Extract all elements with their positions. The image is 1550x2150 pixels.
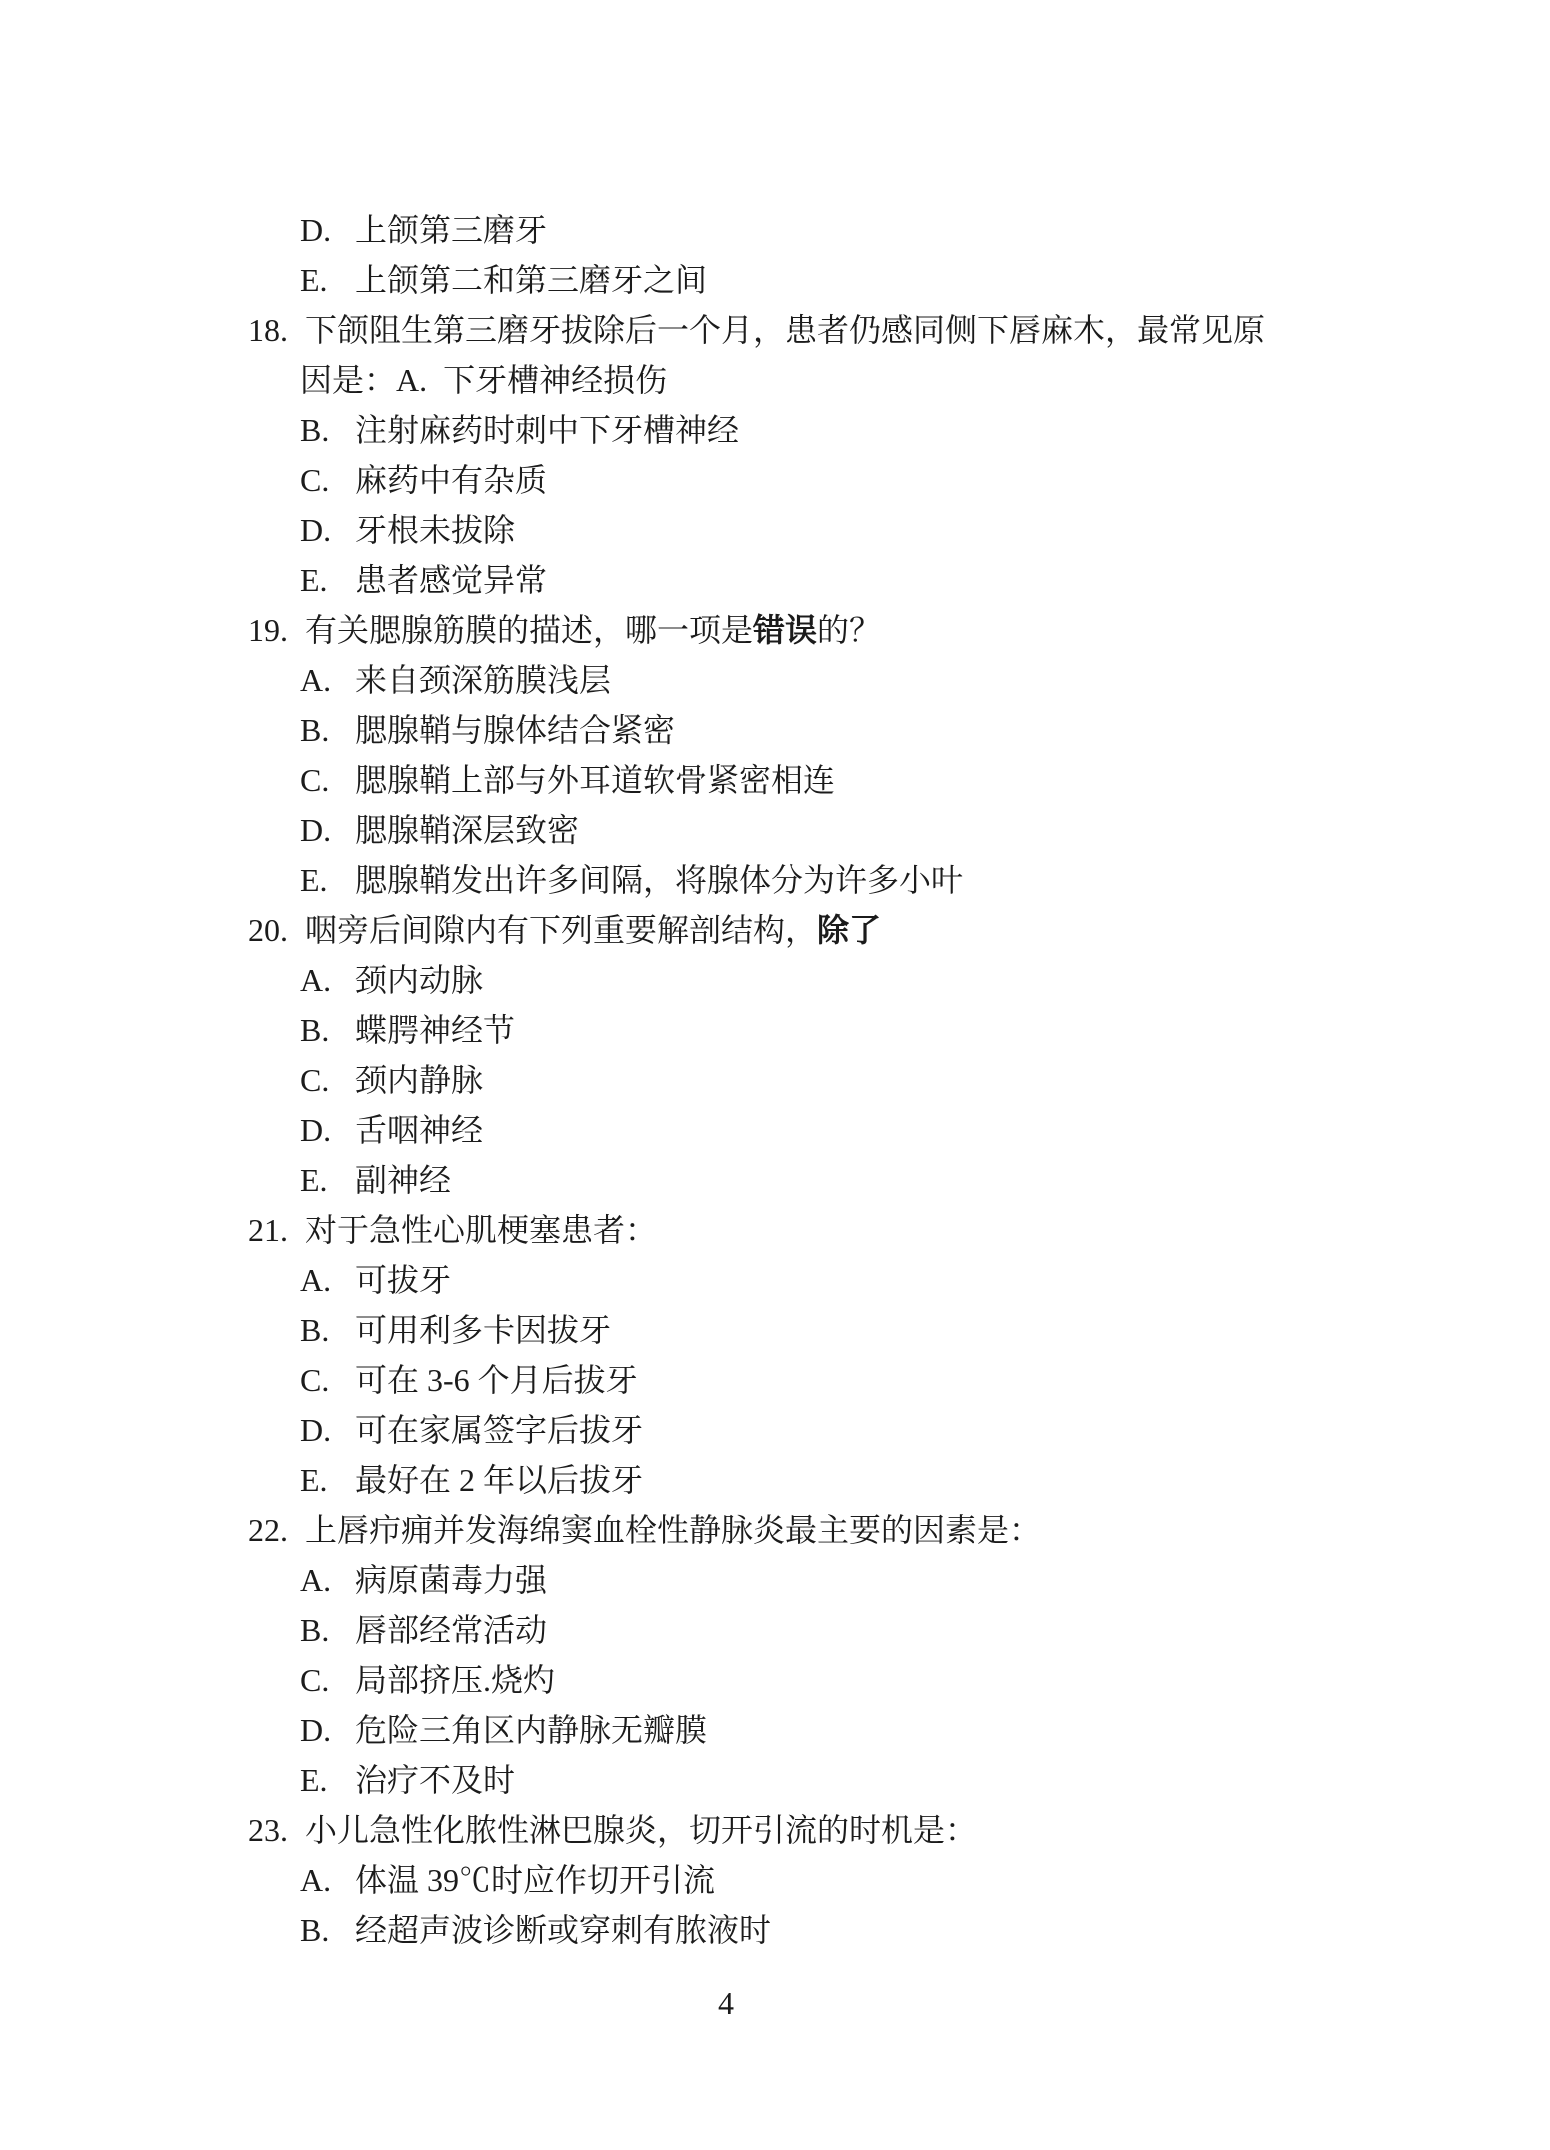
text-segment: 颈内动脉 <box>355 962 483 998</box>
page-number: 4 <box>718 1978 734 2028</box>
option-line: A. 病原菌毒力强 <box>300 1555 1348 1605</box>
line-text: 对于急性心肌梗塞患者： <box>305 1205 657 1255</box>
option-line: B. 腮腺鞘与腺体结合紧密 <box>300 705 1348 755</box>
line-text: 副神经 <box>355 1155 451 1205</box>
question-number: 23. <box>248 1805 305 1855</box>
option-letter: D. <box>300 1405 355 1455</box>
line-text: 腮腺鞘与腺体结合紧密 <box>355 705 675 755</box>
line-text: 可用利多卡因拔牙 <box>355 1305 611 1355</box>
option-line: E. 最好在 2 年以后拔牙 <box>300 1455 1348 1505</box>
bold-emphasis: 除了 <box>817 912 881 948</box>
option-letter: D. <box>300 505 355 555</box>
option-letter: D. <box>300 1705 355 1755</box>
option-letter: E. <box>300 555 355 605</box>
line-text: 可在 3-6 个月后拔牙 <box>355 1355 638 1405</box>
option-letter: E. <box>300 1155 355 1205</box>
option-line: A. 可拔牙 <box>300 1255 1348 1305</box>
line-text: 腮腺鞘发出许多间隔，将腺体分为许多小叶 <box>355 855 963 905</box>
option-line: B. 唇部经常活动 <box>300 1605 1348 1655</box>
option-line: E. 腮腺鞘发出许多间隔，将腺体分为许多小叶 <box>300 855 1348 905</box>
line-text: 颈内静脉 <box>355 1055 483 1105</box>
option-line: E. 患者感觉异常 <box>300 555 1348 605</box>
line-text: 蝶腭神经节 <box>355 1005 515 1055</box>
text-segment: 咽旁后间隙内有下列重要解剖结构， <box>305 912 817 948</box>
line-text: 可在家属签字后拔牙 <box>355 1405 643 1455</box>
text-segment: 因是：A. 下牙槽神经损伤 <box>300 362 667 398</box>
option-letter: B. <box>300 1305 355 1355</box>
option-line: D. 舌咽神经 <box>300 1105 1348 1155</box>
text-segment: 有关腮腺筋膜的描述，哪一项是 <box>305 612 753 648</box>
option-letter: B. <box>300 705 355 755</box>
line-text: 有关腮腺筋膜的描述，哪一项是错误的？ <box>305 605 881 655</box>
text-segment: 上唇疖痈并发海绵窦血栓性静脉炎最主要的因素是： <box>305 1512 1041 1548</box>
line-text: 可拔牙 <box>355 1255 451 1305</box>
option-line: D. 上颌第三磨牙 <box>300 205 1348 255</box>
line-text: 上颌第三磨牙 <box>355 205 547 255</box>
line-text: 因是：A. 下牙槽神经损伤 <box>300 355 667 405</box>
question-number: 20. <box>248 905 305 955</box>
option-letter: C. <box>300 1055 355 1105</box>
option-letter: E. <box>300 1455 355 1505</box>
question-number: 21. <box>248 1205 305 1255</box>
option-letter: B. <box>300 405 355 455</box>
text-segment: 病原菌毒力强 <box>355 1562 547 1598</box>
question-number: 18. <box>248 305 305 355</box>
text-segment: 腮腺鞘上部与外耳道软骨紧密相连 <box>355 762 835 798</box>
option-line: B. 可用利多卡因拔牙 <box>300 1305 1348 1355</box>
text-segment: 腮腺鞘与腺体结合紧密 <box>355 712 675 748</box>
line-text: 腮腺鞘深层致密 <box>355 805 579 855</box>
option-letter: E. <box>300 1755 355 1805</box>
option-line: C. 可在 3-6 个月后拔牙 <box>300 1355 1348 1405</box>
option-line: C. 局部挤压.烧灼 <box>300 1655 1348 1705</box>
line-text: 上唇疖痈并发海绵窦血栓性静脉炎最主要的因素是： <box>305 1505 1041 1555</box>
question-line: 18. 下颌阻生第三磨牙拔除后一个月，患者仍感同侧下唇麻木，最常见原 <box>248 305 1348 355</box>
line-text: 下颌阻生第三磨牙拔除后一个月，患者仍感同侧下唇麻木，最常见原 <box>305 305 1265 355</box>
text-segment: 最好在 2 年以后拔牙 <box>355 1462 643 1498</box>
line-text: 腮腺鞘上部与外耳道软骨紧密相连 <box>355 755 835 805</box>
option-line: D. 危险三角区内静脉无瓣膜 <box>300 1705 1348 1755</box>
text-segment: 舌咽神经 <box>355 1112 483 1148</box>
text-segment: 可在 3-6 个月后拔牙 <box>355 1362 638 1398</box>
option-letter: B. <box>300 1005 355 1055</box>
option-letter: E. <box>300 855 355 905</box>
option-letter: B. <box>300 1905 355 1955</box>
line-text: 局部挤压.烧灼 <box>355 1655 555 1705</box>
text-segment: 上颌第二和第三磨牙之间 <box>355 262 707 298</box>
text-segment: 来自颈深筋膜浅层 <box>355 662 611 698</box>
option-letter: D. <box>300 1105 355 1155</box>
option-line: E. 副神经 <box>300 1155 1348 1205</box>
text-segment: 对于急性心肌梗塞患者： <box>305 1212 657 1248</box>
option-line: E. 上颌第二和第三磨牙之间 <box>300 255 1348 305</box>
text-segment: 经超声波诊断或穿刺有脓液时 <box>355 1912 771 1948</box>
text-segment: 下颌阻生第三磨牙拔除后一个月，患者仍感同侧下唇麻木，最常见原 <box>305 312 1265 348</box>
line-text: 舌咽神经 <box>355 1105 483 1155</box>
line-text: 危险三角区内静脉无瓣膜 <box>355 1705 707 1755</box>
option-line: B. 蝶腭神经节 <box>300 1005 1348 1055</box>
line-text: 体温 39℃时应作切开引流 <box>355 1855 715 1905</box>
line-text: 患者感觉异常 <box>355 555 547 605</box>
bold-emphasis: 错误 <box>753 612 817 648</box>
line-text: 上颌第二和第三磨牙之间 <box>355 255 707 305</box>
text-segment: 注射麻药时刺中下牙槽神经 <box>355 412 739 448</box>
option-letter: B. <box>300 1605 355 1655</box>
text-segment: 患者感觉异常 <box>355 562 547 598</box>
option-line: C. 麻药中有杂质 <box>300 455 1348 505</box>
option-line: C. 颈内静脉 <box>300 1055 1348 1105</box>
option-letter: A. <box>300 655 355 705</box>
line-text: 颈内动脉 <box>355 955 483 1005</box>
option-letter: E. <box>300 255 355 305</box>
option-line: C. 腮腺鞘上部与外耳道软骨紧密相连 <box>300 755 1348 805</box>
option-letter: A. <box>300 955 355 1005</box>
text-segment: 的？ <box>817 612 881 648</box>
option-line: D. 牙根未拔除 <box>300 505 1348 555</box>
line-text: 治疗不及时 <box>355 1755 515 1805</box>
text-segment: 腮腺鞘深层致密 <box>355 812 579 848</box>
question-line: 21. 对于急性心肌梗塞患者： <box>248 1205 1348 1255</box>
text-segment: 危险三角区内静脉无瓣膜 <box>355 1712 707 1748</box>
text-segment: 牙根未拔除 <box>355 512 515 548</box>
question-line: 23. 小儿急性化脓性淋巴腺炎，切开引流的时机是： <box>248 1805 1348 1855</box>
option-line: B. 经超声波诊断或穿刺有脓液时 <box>300 1905 1348 1955</box>
question-number: 19. <box>248 605 305 655</box>
option-letter: A. <box>300 1255 355 1305</box>
line-text: 咽旁后间隙内有下列重要解剖结构，除了 <box>305 905 881 955</box>
question-line: 19. 有关腮腺筋膜的描述，哪一项是错误的？ <box>248 605 1348 655</box>
question-line: 20. 咽旁后间隙内有下列重要解剖结构，除了 <box>248 905 1348 955</box>
line-text: 最好在 2 年以后拔牙 <box>355 1455 643 1505</box>
text-segment: 局部挤压.烧灼 <box>355 1662 555 1698</box>
line-text: 唇部经常活动 <box>355 1605 547 1655</box>
option-letter: A. <box>300 1855 355 1905</box>
option-line: A. 来自颈深筋膜浅层 <box>300 655 1348 705</box>
text-segment: 麻药中有杂质 <box>355 462 547 498</box>
text-segment: 可在家属签字后拔牙 <box>355 1412 643 1448</box>
option-line: D. 可在家属签字后拔牙 <box>300 1405 1348 1455</box>
line-text: 小儿急性化脓性淋巴腺炎，切开引流的时机是： <box>305 1805 977 1855</box>
text-segment: 上颌第三磨牙 <box>355 212 547 248</box>
text-segment: 副神经 <box>355 1162 451 1198</box>
question-number: 22. <box>248 1505 305 1555</box>
line-text: 麻药中有杂质 <box>355 455 547 505</box>
option-letter: C. <box>300 1655 355 1705</box>
line-text: 病原菌毒力强 <box>355 1555 547 1605</box>
line-text: 经超声波诊断或穿刺有脓液时 <box>355 1905 771 1955</box>
option-line: E. 治疗不及时 <box>300 1755 1348 1805</box>
option-letter: D. <box>300 805 355 855</box>
text-segment: 体温 39℃时应作切开引流 <box>355 1862 715 1898</box>
line-text: 牙根未拔除 <box>355 505 515 555</box>
document-page: D. 上颌第三磨牙 E. 上颌第二和第三磨牙之间 18. 下颌阻生第三磨牙拔除后… <box>0 0 1550 2150</box>
line-text: 注射麻药时刺中下牙槽神经 <box>355 405 739 455</box>
option-letter: C. <box>300 1355 355 1405</box>
option-line: D. 腮腺鞘深层致密 <box>300 805 1348 855</box>
question-line: 22. 上唇疖痈并发海绵窦血栓性静脉炎最主要的因素是： <box>248 1505 1348 1555</box>
option-line: B. 注射麻药时刺中下牙槽神经 <box>300 405 1348 455</box>
text-segment: 可拔牙 <box>355 1262 451 1298</box>
text-segment: 治疗不及时 <box>355 1762 515 1798</box>
text-segment: 可用利多卡因拔牙 <box>355 1312 611 1348</box>
document-body: D. 上颌第三磨牙 E. 上颌第二和第三磨牙之间 18. 下颌阻生第三磨牙拔除后… <box>248 205 1348 1955</box>
continuation-line: 因是：A. 下牙槽神经损伤 <box>300 355 1348 405</box>
option-letter: C. <box>300 455 355 505</box>
line-text: 来自颈深筋膜浅层 <box>355 655 611 705</box>
text-segment: 小儿急性化脓性淋巴腺炎，切开引流的时机是： <box>305 1812 977 1848</box>
option-line: A. 颈内动脉 <box>300 955 1348 1005</box>
text-segment: 腮腺鞘发出许多间隔，将腺体分为许多小叶 <box>355 862 963 898</box>
option-letter: D. <box>300 205 355 255</box>
option-line: A. 体温 39℃时应作切开引流 <box>300 1855 1348 1905</box>
text-segment: 唇部经常活动 <box>355 1612 547 1648</box>
text-segment: 蝶腭神经节 <box>355 1012 515 1048</box>
text-segment: 颈内静脉 <box>355 1062 483 1098</box>
option-letter: C. <box>300 755 355 805</box>
option-letter: A. <box>300 1555 355 1605</box>
